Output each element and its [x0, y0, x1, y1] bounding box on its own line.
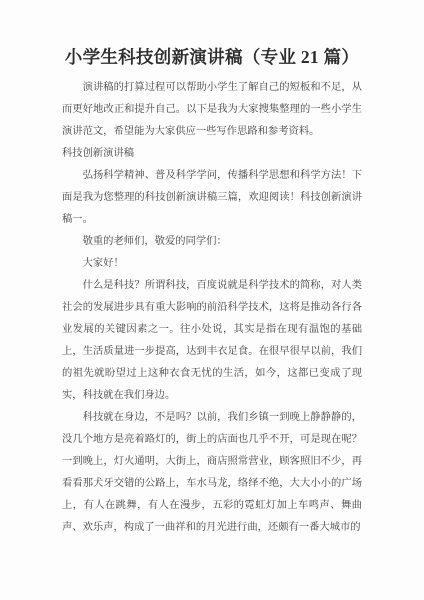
paragraph: 敬重的老师们，敬爱的同学们：: [62, 231, 362, 253]
document-body: 演讲稿的打算过程可以帮助小学生了解自己的短板和不足，从而更好地改正和提升自己。以…: [62, 77, 362, 539]
paragraph: 什么是科技？所谓科技，百度说就是科学技术的简称，对人类社会的发展进步具有重大影响…: [62, 275, 362, 407]
paragraph: 大家好！: [62, 253, 362, 275]
paragraph: 演讲稿的打算过程可以帮助小学生了解自己的短板和不足，从而更好地改正和提升自己。以…: [62, 77, 362, 143]
document-title: 小学生科技创新演讲稿（专业 21 篇）: [26, 44, 398, 70]
paragraph: 弘扬科学精神、普及科学学问，传播科学思想和科学方法！下面是我为您整理的科技创新演…: [62, 165, 362, 231]
document-page: 小学生科技创新演讲稿（专业 21 篇） 演讲稿的打算过程可以帮助小学生了解自己的…: [0, 0, 424, 600]
section-heading: 科技创新演讲稿: [62, 143, 362, 165]
paragraph: 科技就在身边，不是吗？以前，我们乡镇一到晚上静静静的，没几个地方是亮着路灯的，街…: [62, 407, 362, 539]
